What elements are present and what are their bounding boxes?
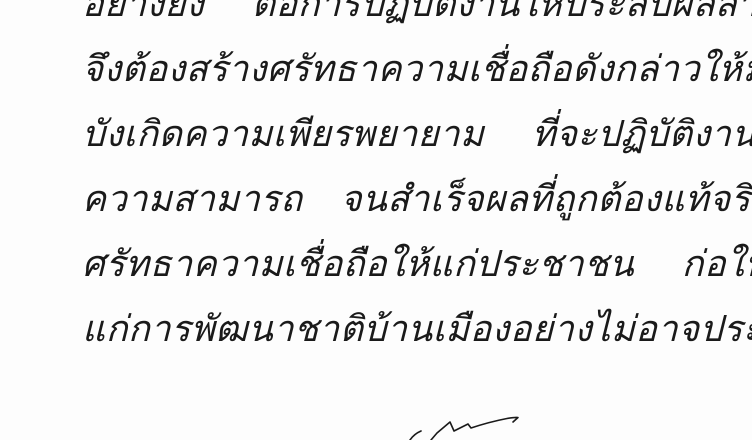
paragraph-line-1: อย่างยิ่ง ต่อการปฏิบัติงานให้ประสบผลสำเร… [82, 0, 682, 37]
signature-mark [404, 411, 534, 440]
signature-icon [404, 411, 534, 440]
document-page: อย่างยิ่ง ต่อการปฏิบัติงานให้ประสบผลสำเร… [0, 0, 752, 440]
paragraph-block: อย่างยิ่ง ต่อการปฏิบัติงานให้ประสบผลสำเร… [82, 0, 682, 362]
paragraph-line-2: จึงต้องสร้างศรัทธาความเชื่อถือดังกล่าวให… [82, 37, 682, 102]
paragraph-line-4: ความสามารถ จนสำเร็จผลที่ถูกต้องแท้จริง อ… [82, 167, 682, 232]
paragraph-line-6: แก่การพัฒนาชาติบ้านเมืองอย่างไม่อาจประมา… [82, 297, 682, 362]
scanned-document: { "document": { "type": "scanned-thai-te… [0, 0, 752, 440]
paragraph-line-3: บังเกิดความเพียรพยายาม ที่จะปฏิบัติงานรา… [82, 102, 682, 167]
paragraph-line-5: ศรัทธาความเชื่อถือให้แก่ประชาชน ก่อให้เก… [82, 232, 682, 297]
